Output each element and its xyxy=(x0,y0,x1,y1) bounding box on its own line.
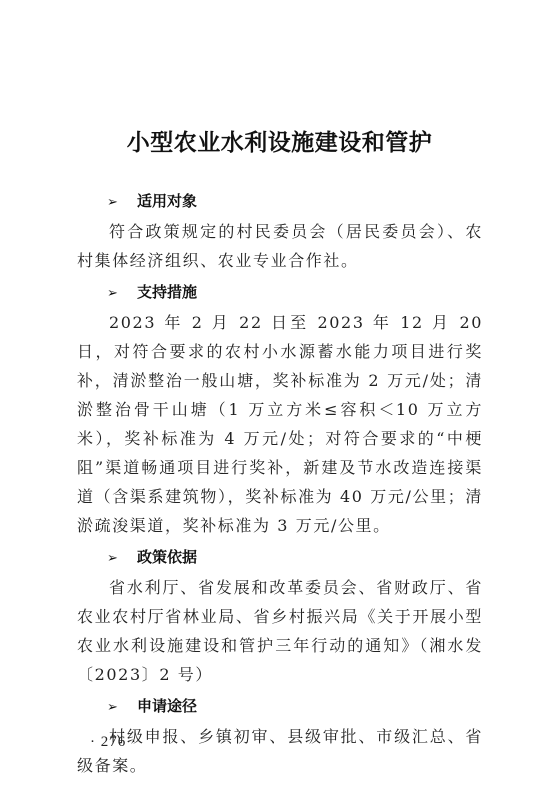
page-title: 小型农业水利设施建设和管护 xyxy=(0,124,559,157)
section-paragraph: 符合政策规定的村民委员会（居民委员会）、农村集体经济组织、农业专业合作社。 xyxy=(77,217,483,275)
section-paragraph: 村级申报、乡镇初审、县级审批、市级汇总、省级备案。 xyxy=(77,722,483,780)
section-heading-text: 申请途径 xyxy=(137,697,197,715)
arrow-bullet-icon: ➢ xyxy=(107,187,137,218)
section-heading: ➢适用对象 xyxy=(77,186,483,217)
section-heading-text: 政策依据 xyxy=(137,548,197,566)
section-heading: ➢支持措施 xyxy=(77,277,483,308)
section-support-measures: ➢支持措施 2023 年 2 月 22 日至 2023 年 12 月 20 日，… xyxy=(77,277,483,540)
arrow-bullet-icon: ➢ xyxy=(107,278,137,309)
section-heading: ➢申请途径 xyxy=(77,691,483,722)
section-paragraph: 省水利厅、省发展和改革委员会、省财政厅、省农业农村厅省林业局、省乡村振兴局《关于… xyxy=(77,573,483,689)
arrow-bullet-icon: ➢ xyxy=(107,692,137,723)
section-heading: ➢政策依据 xyxy=(77,542,483,573)
section-eligible-targets: ➢适用对象 符合政策规定的村民委员会（居民委员会）、农村集体经济组织、农业专业合… xyxy=(77,186,483,275)
section-heading-text: 适用对象 xyxy=(137,192,197,210)
section-heading-text: 支持措施 xyxy=(137,283,197,301)
arrow-bullet-icon: ➢ xyxy=(107,543,137,574)
section-policy-basis: ➢政策依据 省水利厅、省发展和改革委员会、省财政厅、省农业农村厅省林业局、省乡村… xyxy=(77,542,483,689)
section-paragraph: 2023 年 2 月 22 日至 2023 年 12 月 20 日，对符合要求的… xyxy=(77,308,483,540)
page-number: · 276 · xyxy=(90,734,137,751)
section-application-process: ➢申请途径 村级申报、乡镇初审、县级审批、市级汇总、省级备案。 xyxy=(77,691,483,780)
document-body: ➢适用对象 符合政策规定的村民委员会（居民委员会）、农村集体经济组织、农业专业合… xyxy=(77,186,483,782)
document-page: 小型农业水利设施建设和管护 ➢适用对象 符合政策规定的村民委员会（居民委员会）、… xyxy=(0,0,559,793)
